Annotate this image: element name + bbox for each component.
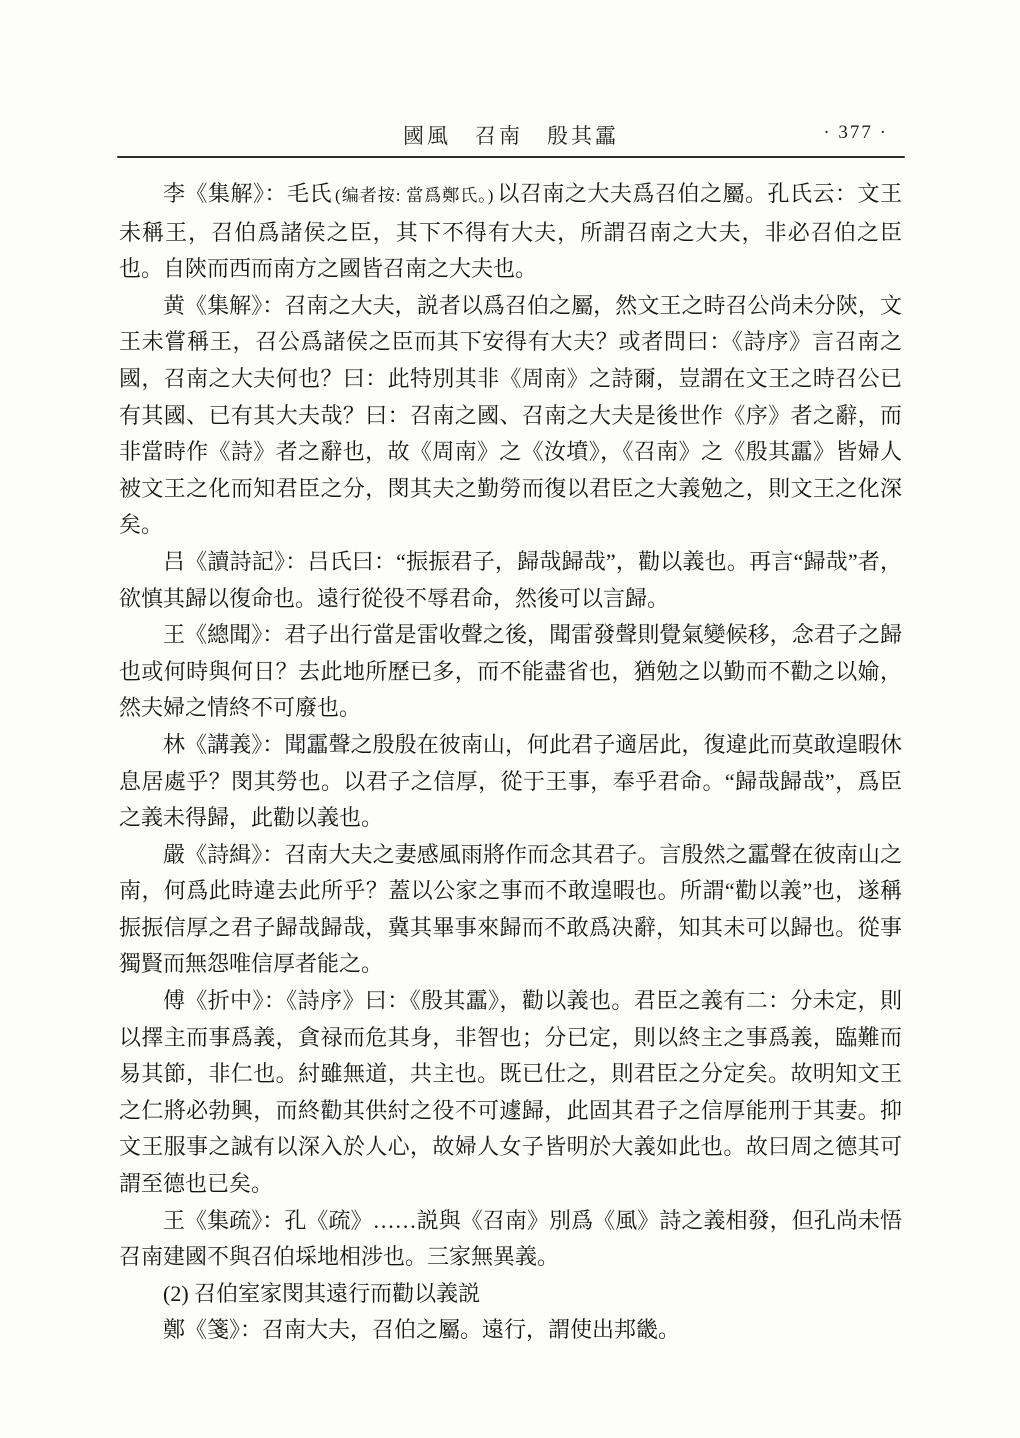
paragraph-zheng-jian: 鄭《箋》：召南大夫，召伯之屬。遠行，謂使出邦畿。: [119, 1312, 902, 1349]
page-header: 國風 召南 殷其靁 · 377 ·: [118, 120, 904, 148]
paragraph-text: 李《集解》：毛氏: [163, 181, 332, 206]
page-number: · 377 ·: [823, 122, 888, 144]
editor-note: (编者按: 當爲鄭氏。): [335, 186, 494, 205]
paragraph-lin-jiangyi: 林《講義》：聞靁聲之殷殷在彼南山，何此君子適居此，復違此而莫敢遑暇休息居處乎？閔…: [119, 727, 902, 837]
book-page: 國風 召南 殷其靁 · 377 · 李《集解》：毛氏(编者按: 當爲鄭氏。)以召…: [0, 0, 1020, 1438]
paragraph-yan-shiji: 嚴《詩緝》：召南大夫之妻感風雨將作而念其君子。言殷然之靁聲在彼南山之南，何爲此時…: [119, 837, 902, 983]
paragraph-lv-dushiji: 吕《讀詩記》：吕氏曰：“振振君子，歸哉歸哉”，勸以義也。再言“歸哉”者，欲慎其歸…: [119, 544, 902, 617]
page-body: 李《集解》：毛氏(编者按: 當爲鄭氏。)以召南之大夫爲召伯之屬。孔氏云：文王未稱…: [119, 176, 902, 1349]
paragraph-fu-zhezhong: 傅《折中》：《詩序》曰：《殷其靁》，勸以義也。君臣之義有二：分未定，則以擇主而事…: [119, 983, 902, 1203]
section-item-2: (2) 召伯室家閔其遠行而勸以義説: [119, 1276, 902, 1313]
paragraph-wang-zongwen: 王《總聞》：君子出行當是雷收聲之後，聞雷發聲則覺氣變候移，念君子之歸也或何時與何…: [119, 617, 902, 727]
running-title: 國風 召南 殷其靁: [118, 120, 904, 150]
paragraph-huang-jijie: 黄《集解》：召南之大夫，説者以爲召伯之屬，然文王之時召公尚未分陝，文王未嘗稱王，…: [119, 288, 902, 544]
header-rule: [117, 156, 905, 158]
paragraph-wang-jishu: 王《集疏》：孔《疏》……説與《召南》別爲《風》詩之義相發，但孔尚未悟召南建國不與…: [119, 1203, 902, 1276]
paragraph-li-jijie: 李《集解》：毛氏(编者按: 當爲鄭氏。)以召南之大夫爲召伯之屬。孔氏云：文王未稱…: [119, 176, 902, 288]
